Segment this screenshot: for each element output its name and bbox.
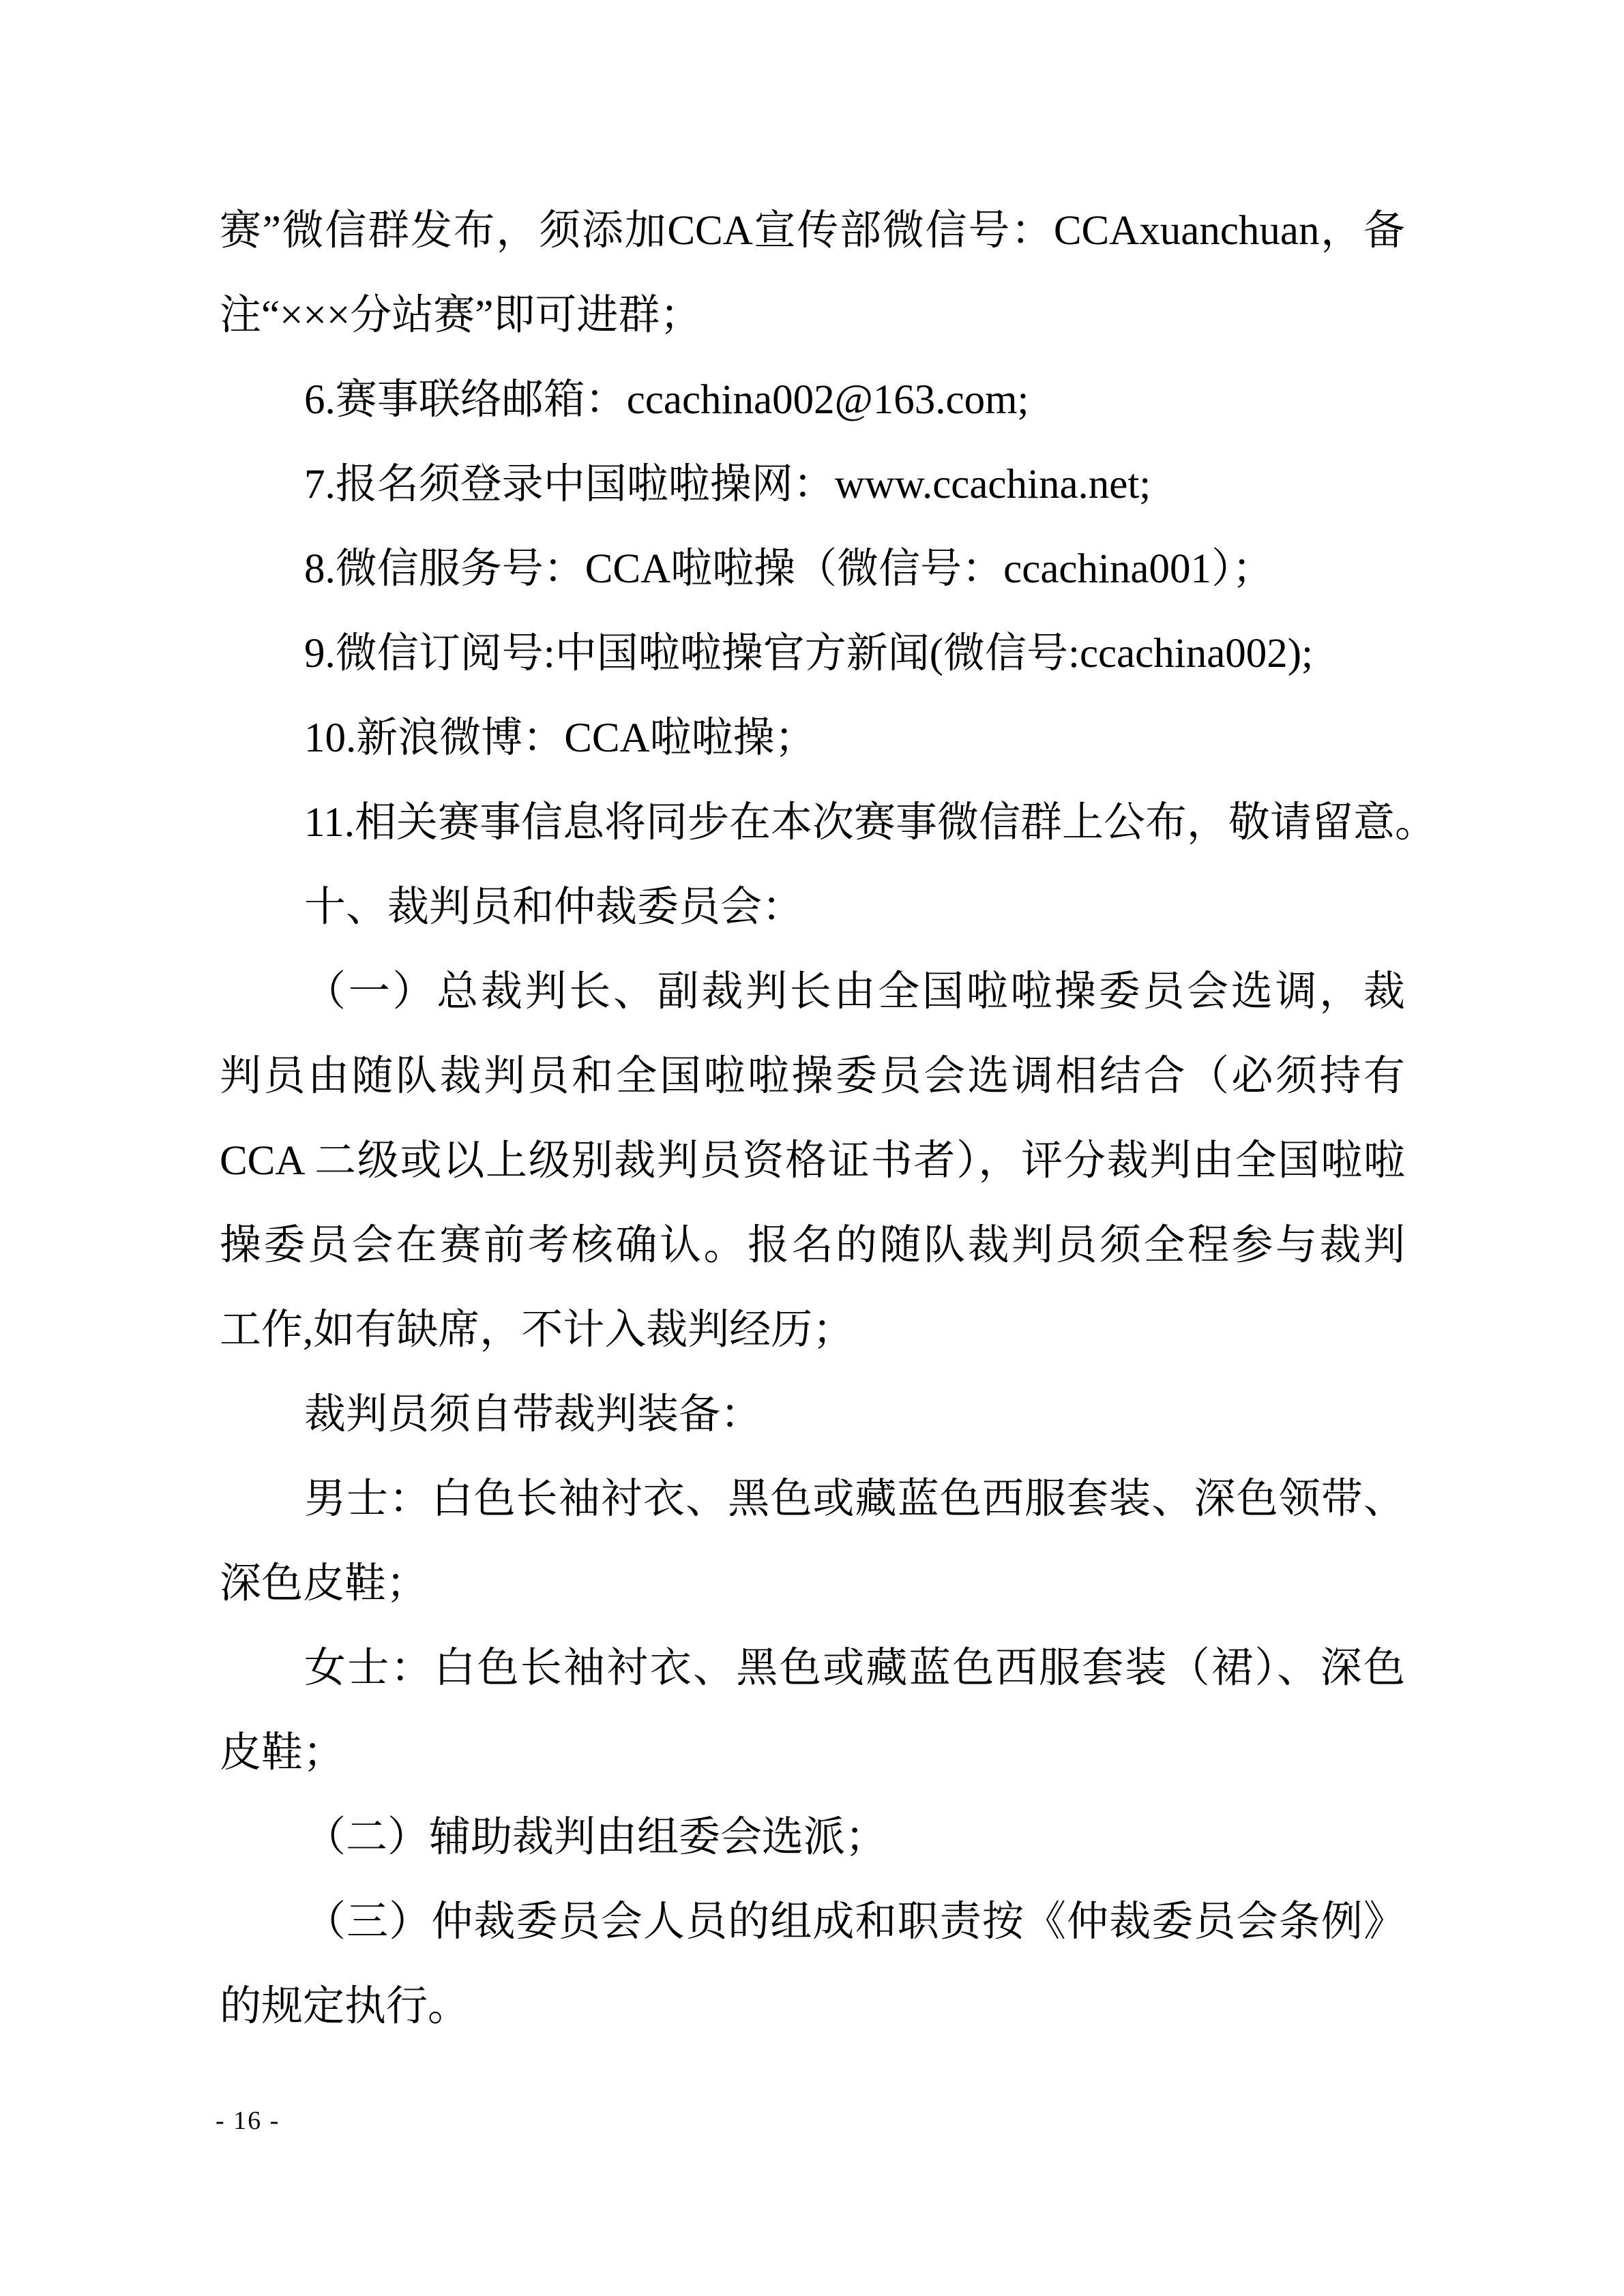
text-line: 9.微信订阅号:中国啦啦操官方新闻(微信号:ccachina002); <box>220 630 1405 715</box>
text-line: （二）辅助裁判由组委会选派； <box>220 1814 1405 1898</box>
text-line: 操委员会在赛前考核确认。报名的随队裁判员须全程参与裁判 <box>220 1222 1405 1307</box>
text-line: 的规定执行。 <box>220 1983 1405 2068</box>
text-line: 深色皮鞋； <box>220 1560 1405 1645</box>
text-line: 皮鞋； <box>220 1729 1405 1814</box>
text-line: 赛”微信群发布，须添加CCA宣传部微信号：CCAxuanchuan，备 <box>220 207 1405 292</box>
text-line: 10.新浪微博：CCA啦啦操； <box>220 715 1405 799</box>
text-line: 裁判员须自带裁判装备： <box>220 1391 1405 1476</box>
document-page: 赛”微信群发布，须添加CCA宣传部微信号：CCAxuanchuan，备 注“××… <box>0 0 1624 2296</box>
text-block: 赛”微信群发布，须添加CCA宣传部微信号：CCAxuanchuan，备 注“××… <box>220 207 1405 2068</box>
text-line: 6.赛事联络邮箱：ccachina002@163.com; <box>220 376 1405 461</box>
text-line: （三）仲裁委员会人员的组成和职责按《仲裁委员会条例》 <box>220 1898 1405 1983</box>
text-line: 十、裁判员和仲裁委员会： <box>220 884 1405 968</box>
text-line: 7.报名须登录中国啦啦操网：www.ccachina.net; <box>220 461 1405 546</box>
text-line: （一）总裁判长、副裁判长由全国啦啦操委员会选调，裁 <box>220 968 1405 1053</box>
page-number: - 16 - <box>216 2106 280 2136</box>
text-line: 11.相关赛事信息将同步在本次赛事微信群上公布，敬请留意。 <box>220 799 1405 884</box>
text-line: 男士：白色长袖衬衣、黑色或藏蓝色西服套装、深色领带、 <box>220 1476 1405 1560</box>
text-line: 工作,如有缺席，不计入裁判经历； <box>220 1307 1405 1391</box>
text-line: CCA 二级或以上级别裁判员资格证书者），评分裁判由全国啦啦 <box>220 1137 1405 1222</box>
text-line: 女士：白色长袖衬衣、黑色或藏蓝色西服套装（裙）、深色 <box>220 1645 1405 1729</box>
text-line: 判员由随队裁判员和全国啦啦操委员会选调相结合（必须持有 <box>220 1053 1405 1137</box>
text-line: 8.微信服务号：CCA啦啦操（微信号：ccachina001）； <box>220 546 1405 630</box>
text-line: 注“×××分站赛”即可进群； <box>220 292 1405 376</box>
